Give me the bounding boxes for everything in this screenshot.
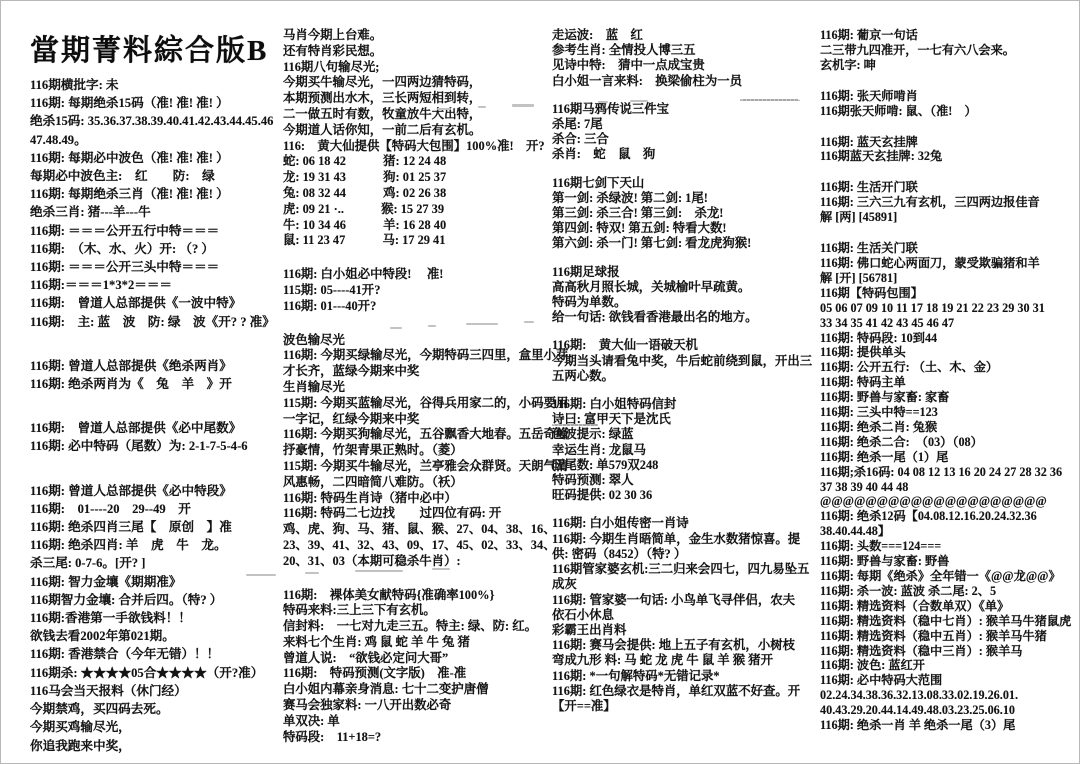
- text-line: 116期: 生活开门联: [820, 180, 1078, 195]
- page-title: 當期菁料綜合版B: [30, 28, 268, 69]
- text-line: 116期横批字: 未: [30, 76, 282, 94]
- text-line: 116期: 野兽与家畜: 野兽: [820, 554, 1078, 569]
- text-line: 116期: 每期必中波色（准! 准! 准! ）: [30, 149, 282, 167]
- text-line: 116期: 提供单头: [820, 345, 1078, 360]
- text-line: 牛: 10 34 46 羊: 16 28 40: [283, 218, 551, 234]
- text-line: 116期:香港第一手欲钱料！！: [30, 609, 282, 627]
- text-line: 杀肖: 蛇 鼠 狗: [552, 147, 816, 162]
- text-line: 116期【特码包围】: [820, 286, 1078, 301]
- text-line: [552, 384, 816, 397]
- text-line: 116期: 绝杀二合: （03）（08）: [820, 435, 1078, 450]
- text-line: 特码为单数。: [552, 295, 816, 310]
- text-line: 116期: *一句解特码*无错记录*: [552, 669, 816, 684]
- text-line: @@@@@@@@@@@@@@@@@@@@: [820, 494, 1078, 509]
- text-line: 115期: 今期买蓝输尽光，谷得兵用家二的，小码要用: [283, 396, 551, 412]
- text-line: 02.24.34.38.36.32.13.08.33.02.19.26.01.: [820, 688, 1078, 703]
- text-line: 116期: 精选资料（稳中五肖）: 猴羊马牛猪: [820, 629, 1078, 644]
- text-line: 二一做五时有数，牧童放牛大出特，: [283, 107, 551, 123]
- text-line: 116期管家婆玄机:三二归来会四七，四九易坠五: [552, 562, 816, 577]
- text-line: 虎: 09 21 ·.. 猴: 15 27 39: [283, 202, 551, 218]
- text-line: 23、39、41、32、43、09、17、45、02、33、34、: [283, 538, 551, 554]
- text-line: 116期: 香港禁合（今年无错）！！: [30, 645, 282, 663]
- text-line: 116期张天师啃: 鼠、（准! ）: [820, 104, 1078, 119]
- text-line: 116期: 必中特码（尾数）为: 2-1-7-5-4-6: [30, 437, 282, 455]
- text-line: 彩霸王出肖料: [552, 623, 816, 638]
- text-line: 116期蓝天玄挂牌: 32兔: [820, 149, 1078, 164]
- text-line: 116期: 主: 蓝 波 防: 绿 波《开? ? 准》: [30, 313, 282, 331]
- text-line: [820, 164, 1078, 180]
- text-line: 116期足球报: [552, 265, 816, 280]
- text-line: 弯成九形 料: 马 蛇 龙 虎 牛 鼠 羊 猴 猪开: [552, 653, 816, 668]
- text-line: 116期杀: ★★★★05合★★★★（开?准）: [30, 664, 282, 682]
- text-line: [552, 252, 816, 265]
- text-line: 来料七个生肖: 鸡 鼠 蛇 羊 牛 兔 猪: [283, 635, 551, 651]
- text-line: 33 34 35 41 42 43 45 46 47: [820, 316, 1078, 331]
- text-line: 116期: 白小姐特码信封: [552, 397, 816, 412]
- text-line: 116期: 生活关门联: [820, 241, 1078, 256]
- text-line: 116期: 每期《绝杀》全年错一《@@龙@@》: [820, 569, 1078, 584]
- text-line: 才长齐，蓝绿今期来中奖: [283, 364, 551, 380]
- text-line: 116期: 裸体美女献特码{准确率100%}: [283, 588, 551, 604]
- text-line: 今期买鸡输尽光，: [30, 718, 282, 736]
- text-line: 解 [开] [56781]: [820, 271, 1078, 286]
- text-line: 116期: 智力金壤《期期准》: [30, 573, 282, 591]
- text-line: 116期: 管家婆一句话: 小鸟单飞寻伴侣，农夫: [552, 593, 816, 608]
- text-line: [820, 119, 1078, 135]
- text-line: 白小姐一言来料: 换梁偷柱为一员: [552, 74, 816, 89]
- text-line: 116期: 波色: 蓝红开: [820, 658, 1078, 673]
- text-line: 116期: 今期生肖晤简单，金生水数猪惊喜。提: [552, 532, 816, 547]
- scan-artifact: [428, 325, 436, 327]
- text-line: 二三带九四准开，一七有六八会来。: [820, 43, 1078, 58]
- text-line: 116期: （木、水、火）开: （? ）: [30, 240, 282, 258]
- text-line: 第三剑: 杀三合! 第三剑: 杀龙!: [552, 206, 816, 221]
- text-line: 116期: ＝＝＝公开三头中特＝＝＝: [30, 258, 282, 276]
- scan-artifact: [740, 99, 800, 101]
- scan-artifact: [355, 570, 403, 572]
- text-line: 曾道人说: “欲钱必定问大哥”: [283, 651, 551, 667]
- text-line: 116期: 蓝天玄挂牌: [820, 135, 1078, 150]
- text-line: 116期: 精选资料（稳中三肖）: 猴羊马: [820, 644, 1078, 659]
- text-line: 赛马会独家料: 一八开出数必奇: [283, 698, 551, 714]
- text-line: [30, 331, 282, 357]
- text-line: 第六剑: 杀一门! 第七剑: 看龙虎狗猴!: [552, 236, 816, 251]
- scan-artifact: [437, 108, 451, 110]
- text-line: 绝杀三肖: 猪---羊---牛: [30, 203, 282, 221]
- text-line: 信封料: 一七对九走三五。特主: 绿、防: 红。: [283, 619, 551, 635]
- text-line: 波色输尽光: [283, 333, 551, 349]
- text-line: 116期: 绝杀12码【04.08.12.16.20.24.32.36: [820, 509, 1078, 524]
- text-line: 116期: 今期买绿输尽光，今期特码三四里，盒里小芽: [283, 348, 551, 364]
- text-line: 还有特肖彩民想。: [283, 44, 551, 60]
- text-line: 【开==准】: [552, 699, 816, 714]
- text-line: 特码段: 11+18=?: [283, 730, 551, 746]
- text-line: 给一句话: 欲钱看香港最出名的地方。: [552, 310, 816, 325]
- text-line: 成灰: [552, 577, 816, 592]
- column-left: 116期横批字: 未 116期: 每期绝杀15码（准! 准! 准! ） 绝杀15…: [30, 76, 282, 755]
- text-line: 05 06 07 09 10 11 17 18 19 21 22 23 29 3…: [820, 301, 1078, 316]
- text-line: 38.40.44.48】: [820, 524, 1078, 539]
- text-line: 杀合: 三合: [552, 132, 816, 147]
- text-line: 116期: 张天师啃肖: [820, 89, 1078, 104]
- column-center-left: 马肖今期上台难。 还有特肖彩民想。 116期八句输尽光; 今期买牛输尽光，一四两…: [283, 28, 551, 745]
- text-line: 龙: 19 31 43 狗: 01 25 37: [283, 170, 551, 186]
- text-line: 116期: 绝杀两肖为《 兔 羊 》开: [30, 375, 282, 393]
- text-line: 116期: 公开五行: （土、木、金）: [820, 360, 1078, 375]
- text-line: 116期: 特码生肖诗（猪中必中）: [283, 491, 551, 507]
- text-line: 杀三尾: 0-7-6。[开? ]: [30, 554, 282, 572]
- text-line: 116期八句输尽光;: [283, 60, 551, 76]
- text-line: 走运波: 蓝 红: [552, 28, 816, 43]
- text-line: [30, 456, 282, 482]
- text-line: 116期: 特码段: 10到44: [820, 331, 1078, 346]
- text-line: 今期禁鸡，买四码去死。: [30, 700, 282, 718]
- text-line: 每期必中波色主: 红 防: 绿: [30, 167, 282, 185]
- text-line: [820, 73, 1078, 89]
- text-line: 第四剑: 特双! 第五剑: 特看大数!: [552, 221, 816, 236]
- text-line: 116期: 曾道人总部提供《必中特段》: [30, 482, 282, 500]
- scan-artifact: [432, 568, 450, 570]
- text-line: 116期: 绝杀二肖: 兔猴: [820, 420, 1078, 435]
- text-line: 单双决: 单: [283, 714, 551, 730]
- text-line: [283, 570, 551, 588]
- text-line: 今期当头请看兔中奖，牛后蛇前绕到鼠，开出三: [552, 354, 816, 369]
- text-line: 116期: 白小姐传密一肖诗: [552, 516, 816, 531]
- text-line: 116期: 特码预测(文字版) 准-准: [283, 666, 551, 682]
- text-line: 116期: 野兽与家畜: 家畜: [820, 390, 1078, 405]
- text-line: 116期: 绝杀四肖: 羊 虎 牛 龙。: [30, 536, 282, 554]
- text-line: 今期道人话你知，一前二后有玄机。: [283, 123, 551, 139]
- text-line: 鼠: 11 23 47 马: 17 29 41: [283, 233, 551, 249]
- scan-artifact: [390, 327, 402, 329]
- text-line: 色波提示: 绿蓝: [552, 427, 816, 442]
- text-line: 116期:＝＝＝1*3*2＝＝＝: [30, 276, 282, 294]
- text-line: 116期: 黄大仙一语破天机: [552, 338, 816, 353]
- scan-artifact: [466, 323, 498, 325]
- text-line: 你追我跑来中奖，: [30, 737, 282, 755]
- text-line: 116期: 绝杀四肖三尾【 原创 】准: [30, 518, 282, 536]
- text-line: 116期: 绝杀一尾（1）尾: [820, 450, 1078, 465]
- text-line: 本期预测出水木，三长两短相到转，: [283, 91, 551, 107]
- text-line: 玄机字: 呻: [820, 58, 1078, 73]
- scan-artifact: [512, 104, 534, 107]
- text-line: 116期: 01---40开?: [283, 299, 551, 315]
- text-line: 高高秋月照长城，关城榆叶早疏黄。: [552, 280, 816, 295]
- text-line: 116期: 每期绝杀三肖（准! 准! 准! ）: [30, 185, 282, 203]
- text-line: 风惠畅，二四暗简八难防。（袄）: [283, 475, 551, 491]
- text-line: 幸运生肖: 龙鼠马: [552, 443, 816, 458]
- text-line: 116期: 特码主单: [820, 375, 1078, 390]
- text-line: 五两心数。: [552, 369, 816, 384]
- text-line: 116期: 曾道人总部提供《绝杀两肖》: [30, 357, 282, 375]
- text-line: 115期: 今期买牛输尽光，兰亭雅会众群贤。天朗气清: [283, 459, 551, 475]
- text-line: 特码预测: 翠人: [552, 473, 816, 488]
- text-line: 116期: 佛口蛇心两面刀，蒙受欺骗猪和羊: [820, 256, 1078, 271]
- text-line: 116期: 01----20 29--49 开: [30, 500, 282, 518]
- text-line: 116期: 杀一波: 蓝波 杀二尾: 2、5: [820, 584, 1078, 599]
- text-line: 116期: 曾道人总部提供《必中尾数》: [30, 419, 282, 437]
- text-line: 蛇: 06 18 42 猪: 12 24 48: [283, 154, 551, 170]
- text-line: 116: 黄大仙提供【特码大包围】100%准! 开?: [283, 139, 551, 155]
- text-line: 兔: 08 32 44 鸡: 02 26 38: [283, 186, 551, 202]
- text-line: 116期: 三六三九有玄机，三四两边报佳音: [820, 195, 1078, 210]
- text-line: 白小姐内幕亲身消息: 七十二变护唐僧: [283, 682, 551, 698]
- text-line: 116期: 精选资料（稳中七肖）: 猴羊马牛猪鼠虎: [820, 614, 1078, 629]
- text-line: 116期: 今期买狗输尽光，五谷飘香大地春。五岳奇峰: [283, 427, 551, 443]
- text-line: 116期: 绝杀一肖 羊 绝杀一尾（3）尾: [820, 718, 1078, 733]
- text-line: 47.48.49。: [30, 131, 282, 149]
- text-line: 特码来料:三上三下有玄机。: [283, 603, 551, 619]
- text-line: 116期: ＝＝＝公开五行中特＝＝＝: [30, 222, 282, 240]
- text-line: [552, 503, 816, 516]
- text-line: 116期: 白小姐必中特段! 准!: [283, 267, 551, 283]
- text-line: [30, 393, 282, 419]
- text-line: 116期: 红色绿衣是特肖，单红双蓝不好查。开: [552, 684, 816, 699]
- text-line: 依石小休息: [552, 608, 816, 623]
- text-line: 生肖输尽光: [283, 380, 551, 396]
- text-line: 116期: 每期绝杀15码（准! 准! 准! ）: [30, 94, 282, 112]
- text-line: [820, 225, 1078, 241]
- text-line: 旺码提供: 02 30 36: [552, 488, 816, 503]
- column-right: 116期: 葡京一句话 二三带九四准开，一七有六八会来。 玄机字: 呻 116期…: [820, 28, 1078, 733]
- scan-artifact: [598, 101, 608, 103]
- text-line: 116期: 赛马会提供: 地上五子有玄机，小树枝: [552, 638, 816, 653]
- text-line: 参考生肖: 全情投人博三五: [552, 43, 816, 58]
- text-line: 旺尾数: 单579双248: [552, 458, 816, 473]
- text-line: [283, 249, 551, 267]
- text-line: 116马会当天报料（休门经）: [30, 682, 282, 700]
- text-line: 欲钱去看2002年第021期。: [30, 627, 282, 645]
- text-line: 37 38 39 40 44 48: [820, 480, 1078, 495]
- text-line: 杀尾: 7尾: [552, 117, 816, 132]
- text-line: 马肖今期上台难。: [283, 28, 551, 44]
- text-line: 绝杀15码: 35.36.37.38.39.40.41.42.43.44.45.…: [30, 112, 282, 130]
- text-line: 今期买牛输尽光，一四两边猜特码，: [283, 75, 551, 91]
- text-line: 116期: 精选资料（合数单双）《单》: [820, 599, 1078, 614]
- text-line: 40.43.29.20.44.14.49.48.03.23.25.06.10: [820, 703, 1078, 718]
- text-line: 116期马鸦传说三件宝: [552, 102, 816, 117]
- text-line: 115期: 05----41开?: [283, 283, 551, 299]
- text-line: 鸡、虎、狗、马、猪、鼠、猴、27、04、38、16、: [283, 522, 551, 538]
- text-line: 116期;杀16码: 04 08 12 13 16 20 24 27 28 32…: [820, 465, 1078, 480]
- text-line: 116期智力金壤: 合并后四。（特? ）: [30, 591, 282, 609]
- scan-artifact: [524, 321, 534, 323]
- scan-artifact: [630, 100, 648, 102]
- text-line: [283, 315, 551, 333]
- text-line: 116期七剑下天山: [552, 176, 816, 191]
- text-line: [552, 163, 816, 176]
- text-line: 抒豪情，竹架青果正熟时。（菱）: [283, 443, 551, 459]
- text-line: 116期: 必中特码大范围: [820, 673, 1078, 688]
- text-line: 一字记，红绿今期来中奖: [283, 412, 551, 428]
- text-line: 20、31、03（本期可稳杀牛肖）:: [283, 554, 551, 570]
- scan-artifact: [478, 106, 486, 108]
- text-line: 116期: 头数===124===: [820, 539, 1078, 554]
- text-line: [552, 325, 816, 338]
- text-line: 116期: 特码二七边找 过四位有码: 开: [283, 506, 551, 522]
- text-line: 解 [两] [45891]: [820, 210, 1078, 225]
- text-line: 供: 密码（8452）（特? ）: [552, 547, 816, 562]
- scan-artifact: [246, 574, 276, 576]
- text-line: 见诗中特: 猜中一点成宝贵: [552, 58, 816, 73]
- text-line: 第一剑: 杀绿波! 第二剑: 1尾!: [552, 191, 816, 206]
- column-center-right: 走运波: 蓝 红 参考生肖: 全情投人博三五 见诗中特: 猜中一点成宝贵 白小姐…: [552, 28, 816, 714]
- scan-artifact: [552, 424, 598, 426]
- scan-artifact: [305, 572, 319, 574]
- text-line: 116期: 三头中特==123: [820, 405, 1078, 420]
- text-line: 116期: 曾道人总部提供《一波中特》: [30, 294, 282, 312]
- text-line: 116期: 葡京一句话: [820, 28, 1078, 43]
